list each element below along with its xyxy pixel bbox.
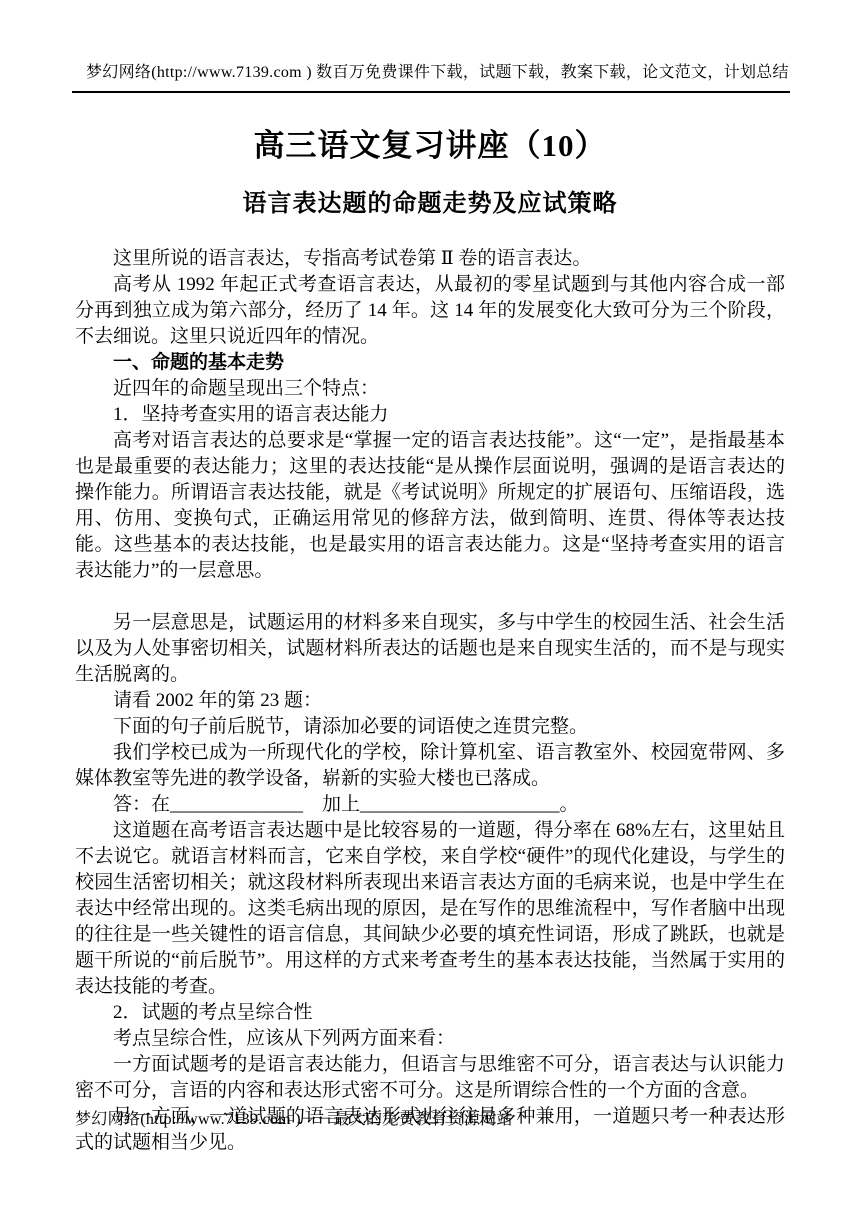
body-paragraph-history: 高考从 1992 年起正式考查语言表达，从最初的零星试题到与其他内容合成一部分再… <box>75 272 785 350</box>
doc-title: 高三语文复习讲座（10） <box>0 120 860 165</box>
site-banner: 梦幻网络(http://www.7139.com ) 数百万免费课件下载，试题下… <box>72 62 790 84</box>
document-body: 这里所说的语言表达，专指高考试卷第 Ⅱ 卷的语言表达。 高考从 1992 年起正… <box>75 246 785 1156</box>
body-paragraph-intro: 这里所说的语言表达，专指高考试卷第 Ⅱ 卷的语言表达。 <box>75 246 785 272</box>
body-paragraph-analysis: 这道题在高考语言表达题中是比较容易的一道题，得分率在 68%左右，这里姑且不去说… <box>75 818 785 1000</box>
body-paragraph-question-stem: 下面的句子前后脱节，请添加必要的词语使之连贯完整。 <box>75 714 785 740</box>
doc-subtitle: 语言表达题的命题走势及应试策略 <box>0 183 860 218</box>
point-1-title: 1．坚持考查实用的语言表达能力 <box>75 402 785 428</box>
page-header: 梦幻网络(http://www.7139.com ) 数百万免费课件下载，试题下… <box>72 62 790 101</box>
page-footer: 梦幻网络(http://www.7139.com )－－最大的免费教育资源网站 <box>75 1109 785 1131</box>
body-paragraph-two-aspects: 考点呈综合性，应该从下列两方面来看： <box>75 1026 785 1052</box>
answer-blank-line: 答：在______________ 加上____________________… <box>75 792 785 818</box>
body-paragraph-second-meaning: 另一层意思是，试题运用的材料多来自现实，多与中学生的校园生活、社会生活以及为人处… <box>75 610 785 688</box>
document-page: 梦幻网络(http://www.7139.com ) 数百万免费课件下载，试题下… <box>0 0 860 1215</box>
point-2-title: 2．试题的考点呈综合性 <box>75 1000 785 1026</box>
blank-line <box>75 584 785 610</box>
body-paragraph-example-intro: 请看 2002 年的第 23 题： <box>75 688 785 714</box>
body-paragraph-question-material: 我们学校已成为一所现代化的学校，除计算机室、语言教室外、校园宽带网、多媒体教室等… <box>75 740 785 792</box>
site-footer: 梦幻网络(http://www.7139.com )－－最大的免费教育资源网站 <box>75 1109 785 1131</box>
header-divider <box>72 91 790 93</box>
body-paragraph-three-points: 近四年的命题呈现出三个特点： <box>75 376 785 402</box>
body-paragraph-requirements: 高考对语言表达的总要求是“掌握一定的语言表达技能”。这“一定”，是指最基本也是最… <box>75 428 785 584</box>
section-heading-1: 一、命题的基本走势 <box>75 350 785 376</box>
body-paragraph-aspect-1: 一方面试题考的是语言表达能力，但语言与思维密不可分，语言表达与认识能力密不可分，… <box>75 1052 785 1104</box>
